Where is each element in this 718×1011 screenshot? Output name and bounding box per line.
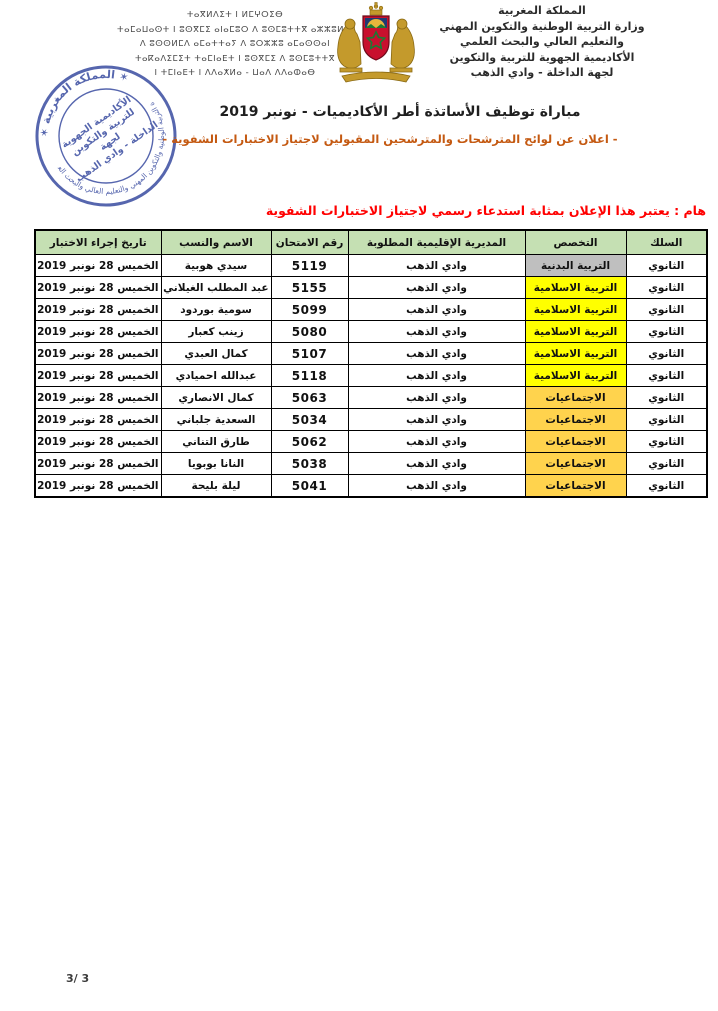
directorate-cell: وادي الذهب bbox=[348, 321, 525, 343]
exam-date-cell: الخميس 28 نونبر 2019 bbox=[35, 255, 161, 277]
specialty-cell: التربية الاسلامية bbox=[525, 365, 626, 387]
candidate-name-cell: عبدالله احميادي bbox=[161, 365, 271, 387]
exam-date-cell: الخميس 28 نونبر 2019 bbox=[35, 299, 161, 321]
exam-number-cell: 5034 bbox=[271, 409, 348, 431]
region-line: لجهة الداخلة - وادي الذهب bbox=[413, 65, 671, 81]
candidate-name-cell: ليلة بليحة bbox=[161, 475, 271, 498]
candidate-name-cell: كمال الانصاري bbox=[161, 387, 271, 409]
page-subtitle: - اعلان عن لوائح المترشحات والمترشحين ال… bbox=[70, 132, 710, 146]
cycle-cell: الثانوي bbox=[626, 431, 707, 453]
specialty-cell: الاجتماعيات bbox=[525, 475, 626, 498]
cycle-cell: الثانوي bbox=[626, 277, 707, 299]
candidate-name-cell: عبد المطلب الغيلاني bbox=[161, 277, 271, 299]
table-row: الثانويالتربية الاسلاميةوادي الذهب5107كم… bbox=[35, 343, 707, 365]
tifinagh-line: ⵜⴰⴳⵍⴷⵉⵜ ⵏ ⵍⵎⵖⵔⵉⴱ bbox=[116, 8, 354, 23]
cycle-cell: الثانوي bbox=[626, 343, 707, 365]
table-row: الثانويالتربية الاسلاميةوادي الذهب5080زي… bbox=[35, 321, 707, 343]
exam-date-cell: الخميس 28 نونبر 2019 bbox=[35, 365, 161, 387]
kingdom-line: المملكة المغربية bbox=[413, 3, 671, 19]
cycle-cell: الثانوي bbox=[626, 299, 707, 321]
specialty-cell: التربية الاسلامية bbox=[525, 299, 626, 321]
directorate-cell: وادي الذهب bbox=[348, 387, 525, 409]
exam-number-cell: 5118 bbox=[271, 365, 348, 387]
cycle-cell: الثانوي bbox=[626, 387, 707, 409]
coat-of-arms-icon bbox=[330, 2, 422, 86]
ministry-header-block: المملكة المغربية وزارة التربية الوطنية و… bbox=[413, 3, 671, 81]
exam-date-cell: الخميس 28 نونبر 2019 bbox=[35, 321, 161, 343]
cycle-cell: الثانوي bbox=[626, 453, 707, 475]
candidate-name-cell: سومية بوردود bbox=[161, 299, 271, 321]
directorate-cell: وادي الذهب bbox=[348, 453, 525, 475]
table-row: الثانويالاجتماعياتوادي الذهب5062طارق الت… bbox=[35, 431, 707, 453]
header-exam-date: تاريخ إجراء الاختبار bbox=[35, 230, 161, 255]
table-row: الثانويالتربية البدنيةوادي الذهب5119سيدي… bbox=[35, 255, 707, 277]
table-row: الثانويالاجتماعياتوادي الذهب5038النانا ب… bbox=[35, 453, 707, 475]
coat-of-arms bbox=[330, 2, 422, 86]
header-exam-number: رقم الامتحان bbox=[271, 230, 348, 255]
table-row: الثانويالاجتماعياتوادي الذهب5034السعدية … bbox=[35, 409, 707, 431]
exam-number-cell: 5107 bbox=[271, 343, 348, 365]
header-candidate-name: الاسم والنسب bbox=[161, 230, 271, 255]
important-notice: هام : يعتبر هذا الإعلان بمثابة استدعاء ر… bbox=[146, 203, 706, 218]
header-specialty: التخصص bbox=[525, 230, 626, 255]
table-row: الثانويالاجتماعياتوادي الذهب5063كمال الا… bbox=[35, 387, 707, 409]
table-row: الثانويالتربية الاسلاميةوادي الذهب5155عب… bbox=[35, 277, 707, 299]
specialty-cell: التربية الاسلامية bbox=[525, 321, 626, 343]
tifinagh-line: ⵜⴰⵎⴰⵡⴰⵙⵜ ⵏ ⵓⵙⴳⵎⵉ ⴰⵏⴰⵎⵓⵔ ⴷ ⵓⵙⵎⵓⵜⵜⴳ ⴰⵣⵣⵓⵍⴰ… bbox=[116, 23, 354, 38]
directorate-cell: وادي الذهب bbox=[348, 277, 525, 299]
exam-number-cell: 5099 bbox=[271, 299, 348, 321]
candidate-name-cell: كمال العبدي bbox=[161, 343, 271, 365]
directorate-cell: وادي الذهب bbox=[348, 365, 525, 387]
directorate-cell: وادي الذهب bbox=[348, 299, 525, 321]
candidate-name-cell: سيدي هوبية bbox=[161, 255, 271, 277]
ministry-line: والتعليم العالي والبحث العلمي bbox=[413, 34, 671, 50]
exam-date-cell: الخميس 28 نونبر 2019 bbox=[35, 409, 161, 431]
tifinagh-line: ⴷ ⵓⵙⵙⵍⵎⴷ ⴰⵎⴰⵜⵜⴰⵢ ⴷ ⵓⵔⵣⵣⵓ ⴰⵎⴰⵙⵙⴰⵏ bbox=[116, 37, 354, 52]
exam-date-cell: الخميس 28 نونبر 2019 bbox=[35, 475, 161, 498]
exam-number-cell: 5041 bbox=[271, 475, 348, 498]
exam-date-cell: الخميس 28 نونبر 2019 bbox=[35, 431, 161, 453]
table-row: الثانويالاجتماعياتوادي الذهب5041ليلة بلي… bbox=[35, 475, 707, 498]
ministry-line: وزارة التربية الوطنية والتكوين المهني bbox=[413, 19, 671, 35]
exam-date-cell: الخميس 28 نونبر 2019 bbox=[35, 277, 161, 299]
table-row: الثانويالتربية الاسلاميةوادي الذهب5118عب… bbox=[35, 365, 707, 387]
page-number: 3/ 3 bbox=[66, 972, 89, 985]
academy-line: الأكاديمية الجهوية للتربية والتكوين bbox=[413, 50, 671, 66]
exam-number-cell: 5063 bbox=[271, 387, 348, 409]
specialty-cell: التربية الاسلامية bbox=[525, 343, 626, 365]
cycle-cell: الثانوي bbox=[626, 409, 707, 431]
table-header-row: السلك التخصص المديرية الإقليمية المطلوبة… bbox=[35, 230, 707, 255]
exam-date-cell: الخميس 28 نونبر 2019 bbox=[35, 453, 161, 475]
exam-date-cell: الخميس 28 نونبر 2019 bbox=[35, 343, 161, 365]
candidate-name-cell: النانا بوبويا bbox=[161, 453, 271, 475]
announcement-page: { "header": { "tifinagh_lines": [ "ⵜⴰⴳⵍⴷ… bbox=[0, 0, 718, 1011]
exam-date-cell: الخميس 28 نونبر 2019 bbox=[35, 387, 161, 409]
candidate-name-cell: السعدية جلباني bbox=[161, 409, 271, 431]
specialty-cell: الاجتماعيات bbox=[525, 387, 626, 409]
header-directorate: المديرية الإقليمية المطلوبة bbox=[348, 230, 525, 255]
exam-number-cell: 5062 bbox=[271, 431, 348, 453]
exam-number-cell: 5038 bbox=[271, 453, 348, 475]
candidate-name-cell: طارق التناني bbox=[161, 431, 271, 453]
page-title: مباراة توظيف الأساتذة أطر الأكاديميات - … bbox=[90, 104, 710, 120]
specialty-cell: التربية الاسلامية bbox=[525, 277, 626, 299]
exam-number-cell: 5155 bbox=[271, 277, 348, 299]
directorate-cell: وادي الذهب bbox=[348, 475, 525, 498]
directorate-cell: وادي الذهب bbox=[348, 431, 525, 453]
specialty-cell: الاجتماعيات bbox=[525, 431, 626, 453]
exam-number-cell: 5119 bbox=[271, 255, 348, 277]
specialty-cell: الاجتماعيات bbox=[525, 409, 626, 431]
results-table: السلك التخصص المديرية الإقليمية المطلوبة… bbox=[34, 229, 708, 498]
directorate-cell: وادي الذهب bbox=[348, 343, 525, 365]
specialty-cell: التربية البدنية bbox=[525, 255, 626, 277]
directorate-cell: وادي الذهب bbox=[348, 255, 525, 277]
header-cycle: السلك bbox=[626, 230, 707, 255]
cycle-cell: الثانوي bbox=[626, 255, 707, 277]
candidate-name-cell: زينب كعبار bbox=[161, 321, 271, 343]
specialty-cell: الاجتماعيات bbox=[525, 453, 626, 475]
table-row: الثانويالتربية الاسلاميةوادي الذهب5099سو… bbox=[35, 299, 707, 321]
cycle-cell: الثانوي bbox=[626, 321, 707, 343]
cycle-cell: الثانوي bbox=[626, 365, 707, 387]
directorate-cell: وادي الذهب bbox=[348, 409, 525, 431]
cycle-cell: الثانوي bbox=[626, 475, 707, 498]
exam-number-cell: 5080 bbox=[271, 321, 348, 343]
